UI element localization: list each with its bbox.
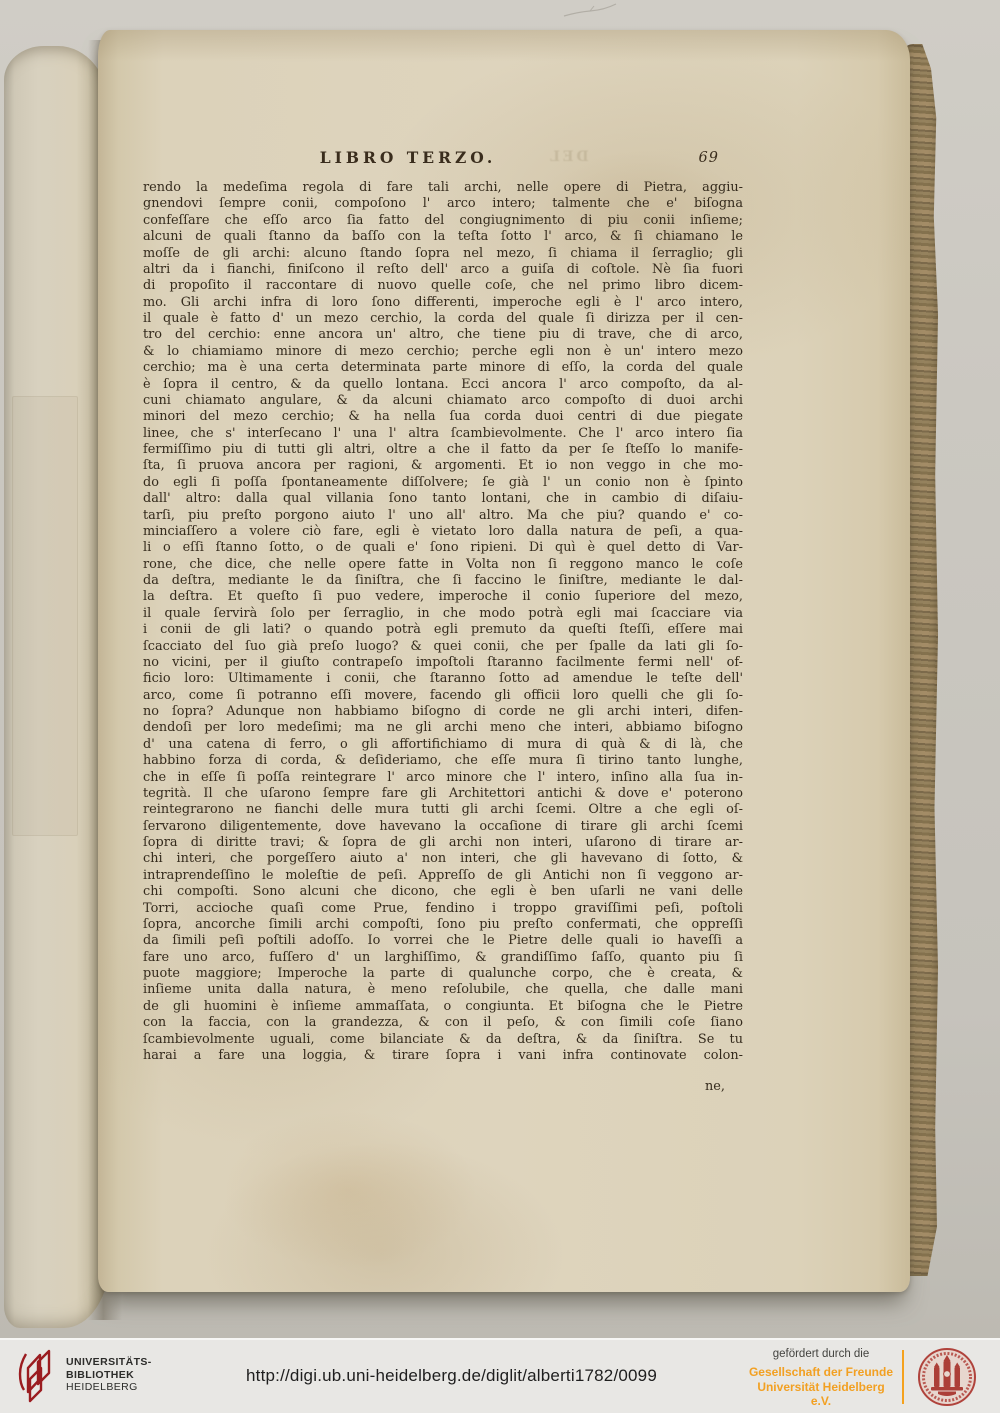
sponsor-prefix: gefördert durch die <box>746 1348 896 1360</box>
text-line: gnendovi ſempre conii, compoſono l' arco… <box>143 196 743 212</box>
library-books-icon <box>16 1346 58 1404</box>
text-line: ſopra di diritte travi; & ſopra de gli a… <box>143 835 743 851</box>
showthrough-ghost-text: DEL <box>547 149 589 165</box>
text-line: di propoſito il raccontare di nuovo quel… <box>143 278 743 294</box>
sponsor-name-line2: Universität Heidelberg e.V. <box>746 1380 896 1409</box>
text-line: confeſſare che eſſo arco ſia fatto del c… <box>143 213 743 229</box>
text-line: cuni chiamato angulare, & da alcuni chia… <box>143 393 743 409</box>
text-line: ſcambievolmente uguali, come bilanciate … <box>143 1032 743 1048</box>
text-line: fare uno arco, fuſſero d' un larghiſſimo… <box>143 950 743 966</box>
text-line: minciaſſero a volere ciò fare, egli è vi… <box>143 524 743 540</box>
page-text: rendo la medeſima regola di fare tali ar… <box>143 180 743 1064</box>
footer-divider <box>902 1350 904 1404</box>
text-line: ſervarono diligentemente, dove havevano … <box>143 819 743 835</box>
text-line: linee, che s' interſecano l' una l' altr… <box>143 426 743 442</box>
text-line: da ſimili peſi poſtili adoſſo. Io vorrei… <box>143 933 743 949</box>
text-line: da deſtra, mediante le da ſiniſtra, che … <box>143 573 743 589</box>
screenshot-root: LIBRO TERZO. DEL 69 rendo la medeſima re… <box>0 0 1000 1413</box>
text-line: reintegrarono ne fianchi delle mura tutt… <box>143 802 743 818</box>
text-line: ficio loro: Ultimamente i conii, che ſta… <box>143 671 743 687</box>
running-header-title: LIBRO TERZO. <box>143 148 673 167</box>
book-page: LIBRO TERZO. DEL 69 rendo la medeſima re… <box>98 30 910 1292</box>
left-page-showthrough <box>12 396 78 836</box>
text-line: con la faccia, con la grandezza, & con i… <box>143 1015 743 1031</box>
text-line: li o eſſi ſtanno ſotto, o de quali e' ſo… <box>143 540 743 556</box>
text-line: ſcacciato del ſuo già preſo luogo? & que… <box>143 639 743 655</box>
text-line: la deſtra. Et queſto ſi puo vedere, impe… <box>143 589 743 605</box>
text-line: d' una catena di ferro, o gli affortific… <box>143 737 743 753</box>
text-line: rone, che dice, che nelle opere fatte in… <box>143 557 743 573</box>
university-seal-icon <box>916 1346 978 1408</box>
text-line: altri da i fianchi, finiſcono il reſto d… <box>143 262 743 278</box>
library-name: UNIVERSITÄTS- BIBLIOTHEK HEIDELBERG <box>66 1356 152 1394</box>
scratch-mark <box>560 2 620 20</box>
text-line: Torri, accioche quaſi come Prue, fendino… <box>143 901 743 917</box>
text-line: che in eſſe ſi poſſa reintegrare l' arco… <box>143 770 743 786</box>
text-line: harai a fare una loggia, & tirare ſopra … <box>143 1048 743 1064</box>
text-line: ſopra, ancorche ſimili archi compoſti, ſ… <box>143 917 743 933</box>
text-line: i conii de gli lati? o quando potrà egli… <box>143 622 743 638</box>
text-line: ſta, ſi pruova ancora per ragioni, & arg… <box>143 458 743 474</box>
text-line: chi compoſti. Sono alcuni che dicono, ch… <box>143 884 743 900</box>
text-line: no ſopra? Adunque non habbiamo biſogno d… <box>143 704 743 720</box>
text-line: tarſi, piu preſto porgono aiuto l' uno a… <box>143 508 743 524</box>
text-line: no vicini, per il giuſto contrapeſo impo… <box>143 655 743 671</box>
text-line: cerchio; ma è una certa determinata part… <box>143 360 743 376</box>
text-line: chi interi, che porgeſſero aiuto a' non … <box>143 851 743 867</box>
text-line: intraprendeſſino le moleſtie de peſi. Ap… <box>143 868 743 884</box>
viewer-footer: UNIVERSITÄTS- BIBLIOTHEK HEIDELBERG http… <box>0 1338 1000 1413</box>
text-line: alcuni de quali ſtanno da baſſo con la t… <box>143 229 743 245</box>
text-line: arco, come ſi potranno eſſi movere, face… <box>143 688 743 704</box>
source-url: http://digi.ub.uni-heidelberg.de/diglit/… <box>246 1366 666 1386</box>
sponsor-name-line1: Gesellschaft der Freunde <box>746 1365 896 1380</box>
text-line: rendo la medeſima regola di fare tali ar… <box>143 180 743 196</box>
text-line: fermiſſimo piu di tutti gli altri, oltre… <box>143 442 743 458</box>
sponsor-note: gefördert durch die Gesellschaft der Fre… <box>746 1348 896 1409</box>
text-line: tegrità. Il che uſarono ſempre fare gli … <box>143 786 743 802</box>
text-line: puote maggiore; Imperoche la parte di qu… <box>143 966 743 982</box>
running-header: LIBRO TERZO. DEL 69 <box>143 148 743 174</box>
library-name-line1: UNIVERSITÄTS- <box>66 1356 152 1369</box>
text-line: minori del mezo cerchio; & ha nella ſua … <box>143 409 743 425</box>
library-name-line2: BIBLIOTHEK <box>66 1369 152 1382</box>
text-line: moſſe de gli archi: alcuno ſtando ſopra … <box>143 246 743 262</box>
text-line: & lo chiamiamo minore di mezo cerchio; p… <box>143 344 743 360</box>
text-line: il quale ſervirà ſolo per ſerraglio, in … <box>143 606 743 622</box>
page-number: 69 <box>699 150 719 166</box>
text-line: il quale è fatto d' un mezo cerchio, la … <box>143 311 743 327</box>
university-library-logo: UNIVERSITÄTS- BIBLIOTHEK HEIDELBERG <box>16 1346 152 1404</box>
text-line: mo. Gli archi infra di loro ſono differe… <box>143 295 743 311</box>
page-stain <box>218 1110 478 1270</box>
text-line: dendoſi per loro medeſimi; ma ne gli arc… <box>143 720 743 736</box>
catchword: ne, <box>143 1079 743 1095</box>
text-line: do egli ſi poſſa ſpontaneamente diſſolve… <box>143 475 743 491</box>
library-name-line3: HEIDELBERG <box>66 1381 152 1394</box>
text-line: è ſopra il centro, & da quello lontana. … <box>143 377 743 393</box>
text-line: de gli huomini è inſieme ammaſſata, o co… <box>143 999 743 1015</box>
text-line: habbino forza di corda, & deſideriamo, c… <box>143 753 743 769</box>
book-scan-photo: LIBRO TERZO. DEL 69 rendo la medeſima re… <box>0 0 1000 1340</box>
text-line: tro del cerchio: enne ancora un' altro, … <box>143 327 743 343</box>
text-line: inſieme unita dalla natura, è meno reſol… <box>143 982 743 998</box>
text-line: dall' altro: dalla qual villania ſono ta… <box>143 491 743 507</box>
